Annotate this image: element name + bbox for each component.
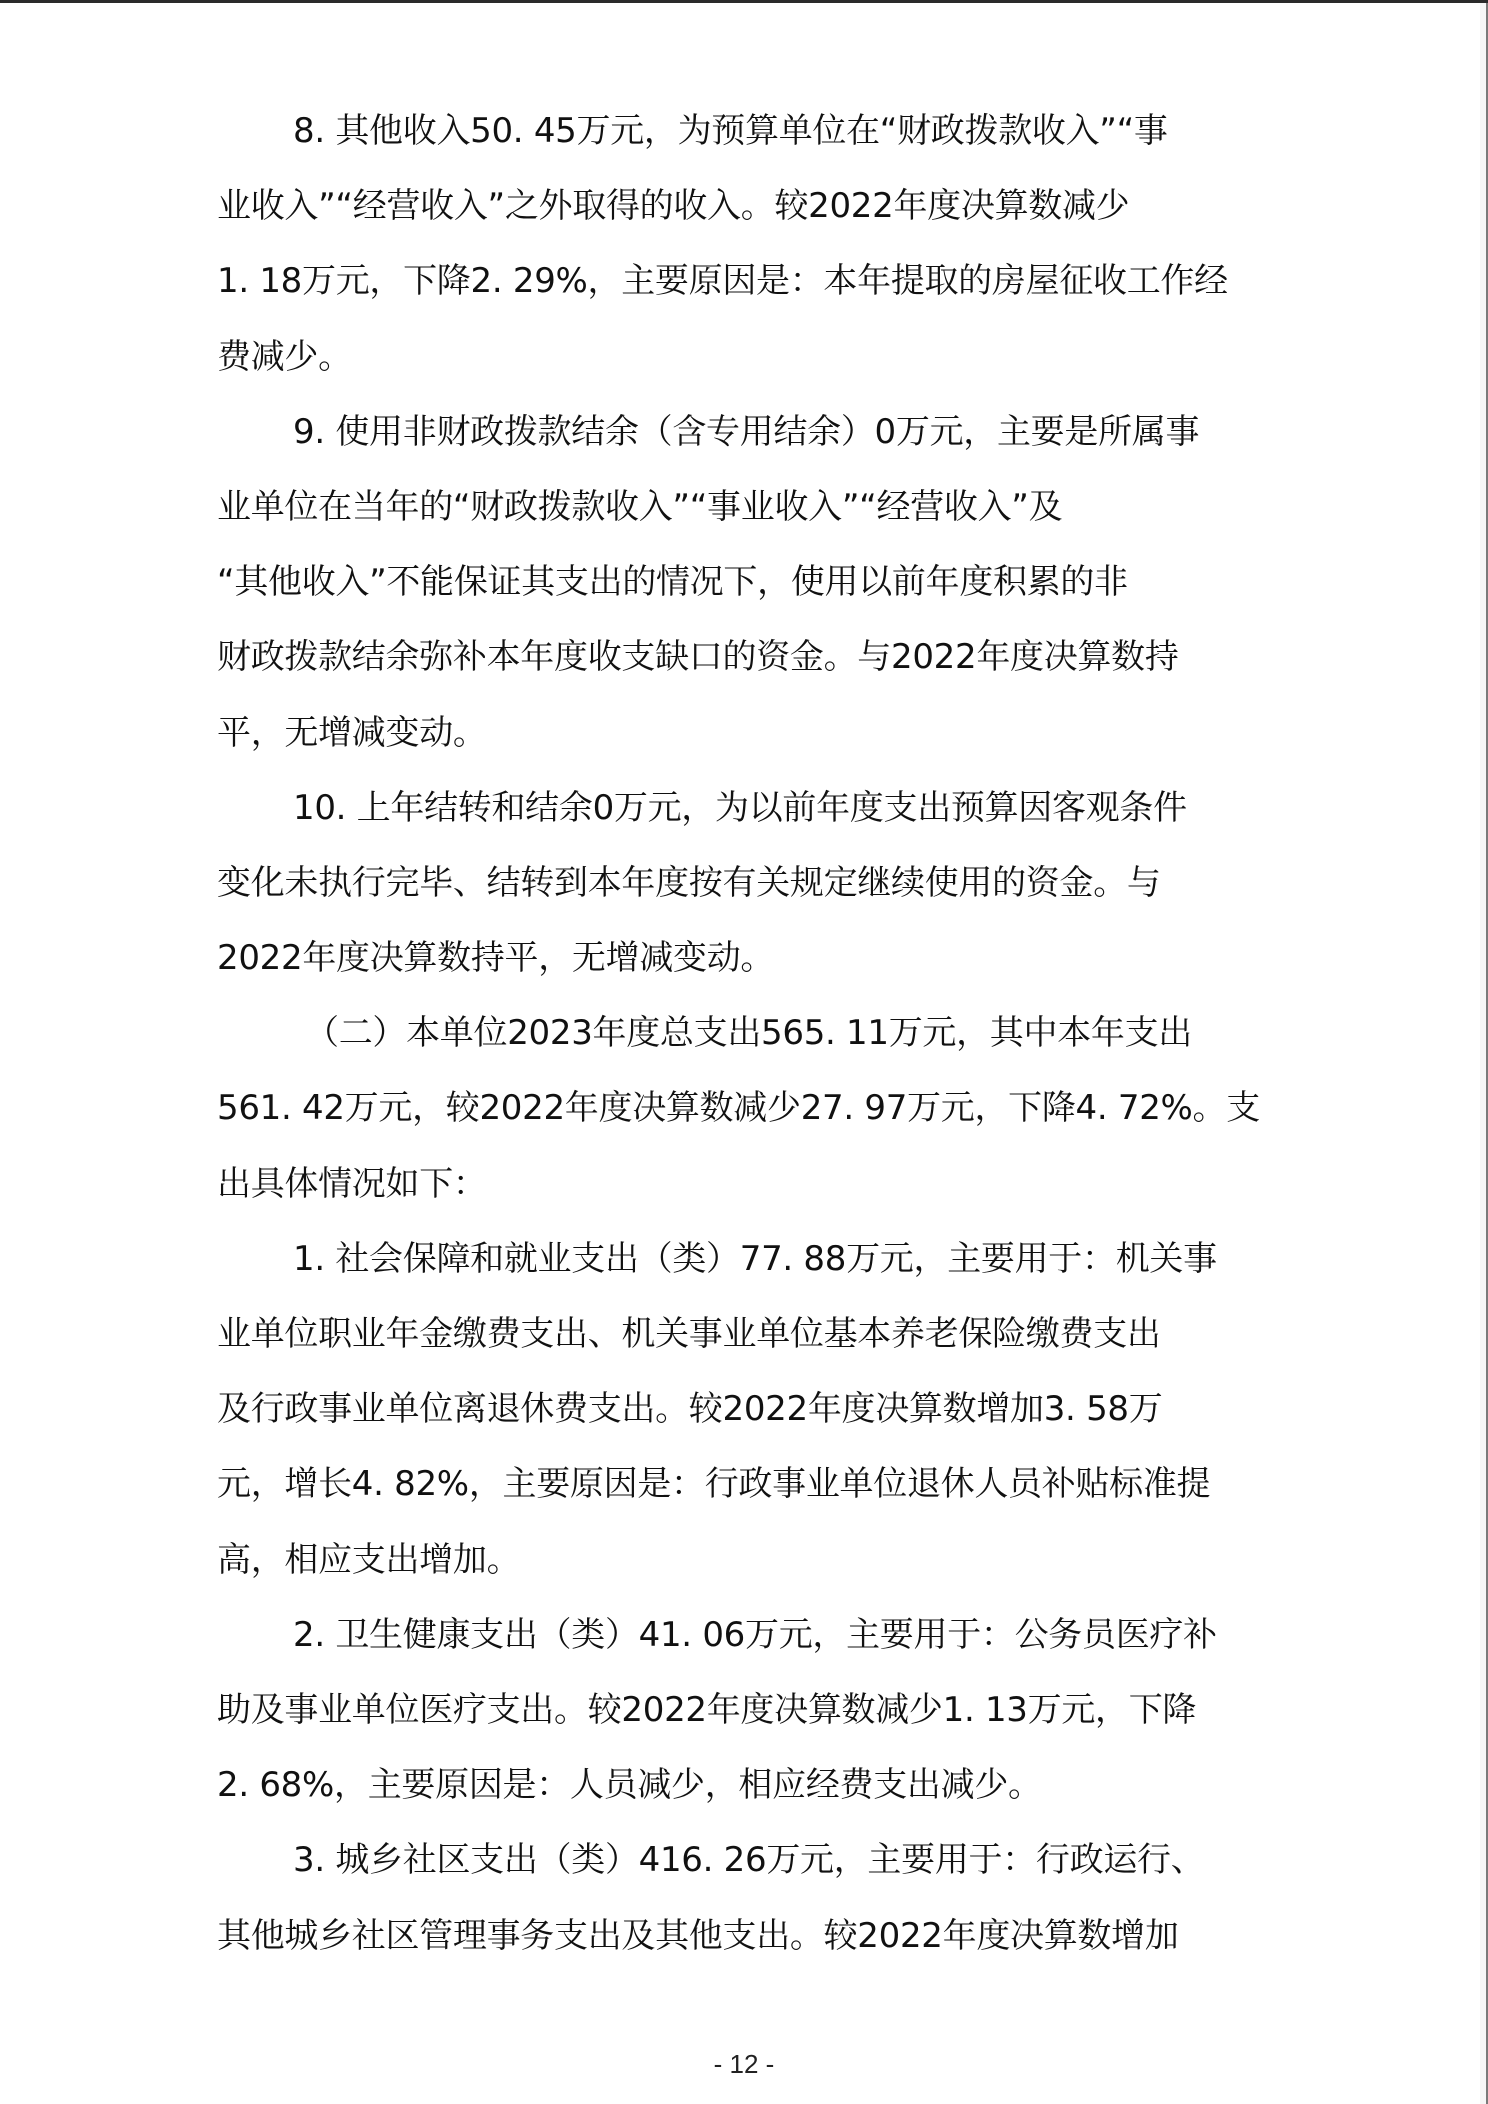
- text-line: 财政拨款结余弥补本年度收支缺口的资金。与2022年度决算数持: [217, 629, 1287, 704]
- text-line: 10. 上年结转和结余0万元，为以前年度支出预算因客观条件: [217, 780, 1287, 855]
- section-heading-line: （二）本单位2023年度总支出565. 11万元，其中本年支出: [217, 1005, 1287, 1080]
- text-line: 费减少。: [217, 329, 1287, 404]
- text-line: 3. 城乡社区支出（类）416. 26万元，主要用于：行政运行、: [217, 1832, 1287, 1907]
- text-line: 其他城乡社区管理事务支出及其他支出。较2022年度决算数增加: [217, 1908, 1287, 1983]
- text-line: 9. 使用非财政拨款结余（含专用结余）0万元，主要是所属事: [217, 404, 1287, 479]
- document-page: 8. 其他收入50. 45万元，为预算单位在“财政拨款收入”“事 业收入”“经营…: [0, 0, 1488, 2104]
- text-line: 8. 其他收入50. 45万元，为预算单位在“财政拨款收入”“事: [217, 103, 1287, 178]
- paragraph-carryover: 10. 上年结转和结余0万元，为以前年度支出预算因客观条件 变化未执行完毕、结转…: [217, 780, 1287, 1006]
- paragraph-other-income: 8. 其他收入50. 45万元，为预算单位在“财政拨款收入”“事 业收入”“经营…: [217, 103, 1287, 404]
- text-line: 1. 18万元，下降2. 29%，主要原因是：本年提取的房屋征收工作经: [217, 253, 1287, 328]
- text-line: 2. 卫生健康支出（类）41. 06万元，主要用于：公务员医疗补: [217, 1607, 1287, 1682]
- text-line: 2. 68%，主要原因是：人员减少，相应经费支出减少。: [217, 1757, 1287, 1832]
- text-line: 高，相应支出增加。: [217, 1532, 1287, 1607]
- text-line: “其他收入”不能保证其支出的情况下，使用以前年度积累的非: [217, 554, 1287, 629]
- text-line: 元，增长4. 82%，主要原因是：行政事业单位退休人员补贴标准提: [217, 1456, 1287, 1531]
- paragraph-health-expenditure: 2. 卫生健康支出（类）41. 06万元，主要用于：公务员医疗补 助及事业单位医…: [217, 1607, 1287, 1833]
- document-body: 8. 其他收入50. 45万元，为预算单位在“财政拨款收入”“事 业收入”“经营…: [217, 103, 1287, 1983]
- text-line: 业单位在当年的“财政拨款收入”“事业收入”“经营收入”及: [217, 479, 1287, 554]
- paragraph-non-fiscal-balance: 9. 使用非财政拨款结余（含专用结余）0万元，主要是所属事 业单位在当年的“财政…: [217, 404, 1287, 780]
- text-line: 变化未执行完毕、结转到本年度按有关规定继续使用的资金。与: [217, 855, 1287, 930]
- text-line: 业收入”“经营收入”之外取得的收入。较2022年度决算数减少: [217, 178, 1287, 253]
- text-line: 1. 社会保障和就业支出（类）77. 88万元，主要用于：机关事: [217, 1231, 1287, 1306]
- paragraph-expenditure-summary: （二）本单位2023年度总支出565. 11万元，其中本年支出 561. 42万…: [217, 1005, 1287, 1231]
- text-line: 出具体情况如下：: [217, 1156, 1287, 1231]
- text-line: 561. 42万元，较2022年度决算数减少27. 97万元，下降4. 72%。…: [217, 1080, 1287, 1155]
- text-line: 业单位职业年金缴费支出、机关事业单位基本养老保险缴费支出: [217, 1306, 1287, 1381]
- text-line: 平，无增减变动。: [217, 705, 1287, 780]
- text-line: 助及事业单位医疗支出。较2022年度决算数减少1. 13万元，下降: [217, 1682, 1287, 1757]
- paragraph-social-security-expenditure: 1. 社会保障和就业支出（类）77. 88万元，主要用于：机关事 业单位职业年金…: [217, 1231, 1287, 1607]
- text-line: 2022年度决算数持平，无增减变动。: [217, 930, 1287, 1005]
- text-line: 及行政事业单位离退休费支出。较2022年度决算数增加3. 58万: [217, 1381, 1287, 1456]
- page-number: - 12 -: [0, 2049, 1488, 2080]
- paragraph-urban-rural-expenditure: 3. 城乡社区支出（类）416. 26万元，主要用于：行政运行、 其他城乡社区管…: [217, 1832, 1287, 1982]
